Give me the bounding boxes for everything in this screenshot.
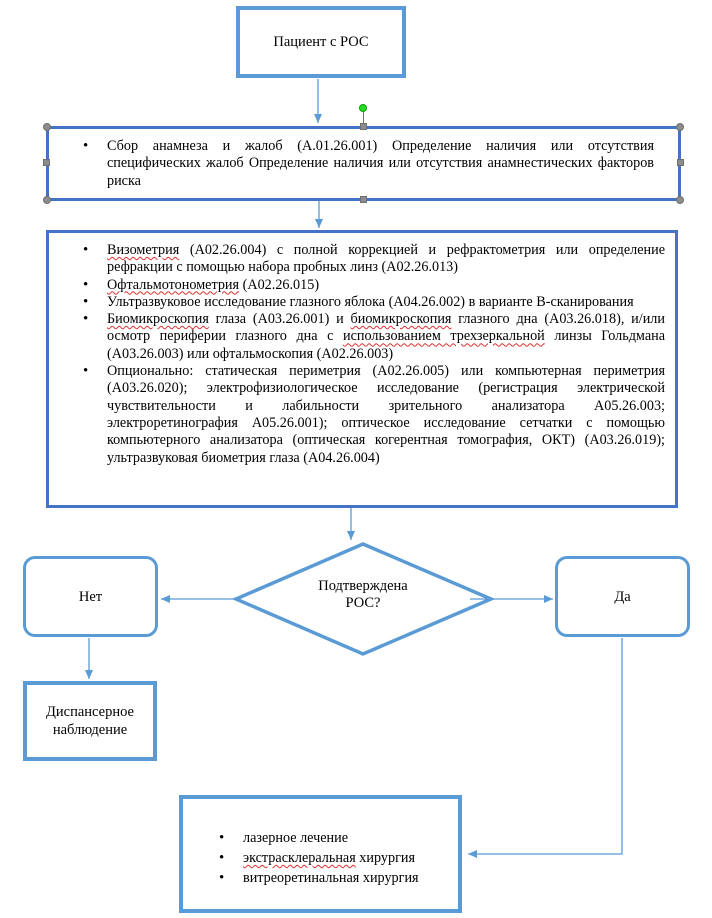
history-collection-list: Сбор анамнеза и жалоб (А.01.26.001) Опре… bbox=[107, 138, 654, 190]
treatment-list: лазерное лечение экстрасклеральная хирур… bbox=[243, 828, 448, 888]
branch-no-box[interactable]: Нет bbox=[23, 556, 158, 637]
spellcheck-word: использованием трехзеркальной bbox=[343, 328, 545, 344]
arrow-yes-to-treatment bbox=[468, 638, 622, 854]
branch-yes-label: Да bbox=[614, 588, 630, 606]
history-collection-box[interactable]: Сбор анамнеза и жалоб (А.01.26.001) Опре… bbox=[46, 126, 681, 201]
treatment-box[interactable]: лазерное лечение экстрасклеральная хирур… bbox=[179, 795, 462, 913]
list-item: Биомикроскопия глаза (A03.26.001) и биом… bbox=[107, 311, 665, 363]
list-item: Ультразвуковое исследование глазного ябл… bbox=[107, 294, 665, 311]
list-item: Визометрия (A02.26.004) с полной коррекц… bbox=[107, 242, 665, 277]
resize-handle-bottom-left[interactable] bbox=[43, 196, 51, 204]
list-item: экстрасклеральная хирургия bbox=[243, 848, 448, 868]
list-item: витреоретинальная хирургия bbox=[243, 868, 448, 888]
spellcheck-word: Биомикроскопия bbox=[107, 311, 209, 327]
list-item: Офтальмотонометрия (A02.26.015) bbox=[107, 277, 665, 294]
spellcheck-word: Визометрия bbox=[107, 242, 179, 258]
list-item: лазерное лечение bbox=[243, 828, 448, 848]
branch-yes-box[interactable]: Да bbox=[555, 556, 690, 637]
spellcheck-word: Офтальмотонометрия bbox=[107, 277, 239, 293]
resize-handle-bottom-right[interactable] bbox=[676, 196, 684, 204]
start-box[interactable]: Пациент с РОС bbox=[236, 6, 406, 78]
resize-handle-top-middle[interactable] bbox=[360, 123, 367, 130]
rotation-handle-stem bbox=[363, 111, 364, 124]
examinations-list: Визометрия (A02.26.004) с полной коррекц… bbox=[107, 242, 665, 467]
spellcheck-word: биомикроскопия bbox=[351, 311, 452, 327]
branch-no-label: Нет bbox=[79, 588, 102, 606]
list-item: Сбор анамнеза и жалоб (А.01.26.001) Опре… bbox=[107, 138, 654, 190]
resize-handle-top-left[interactable] bbox=[43, 123, 51, 131]
decision-label: Подтверждена РОС? bbox=[290, 578, 436, 612]
rotation-handle[interactable] bbox=[359, 104, 367, 112]
dispensary-observation-box[interactable]: Диспансерное наблюдение bbox=[23, 681, 157, 761]
examinations-box[interactable]: Визометрия (A02.26.004) с полной коррекц… bbox=[46, 230, 678, 508]
resize-handle-middle-left[interactable] bbox=[43, 159, 50, 166]
spellcheck-word: экстрасклеральная bbox=[243, 850, 356, 866]
start-label: Пациент с РОС bbox=[273, 33, 368, 51]
resize-handle-middle-right[interactable] bbox=[677, 159, 684, 166]
list-item: Опционально: статическая периметрия (A02… bbox=[107, 363, 665, 467]
resize-handle-bottom-middle[interactable] bbox=[360, 196, 367, 203]
resize-handle-top-right[interactable] bbox=[676, 123, 684, 131]
